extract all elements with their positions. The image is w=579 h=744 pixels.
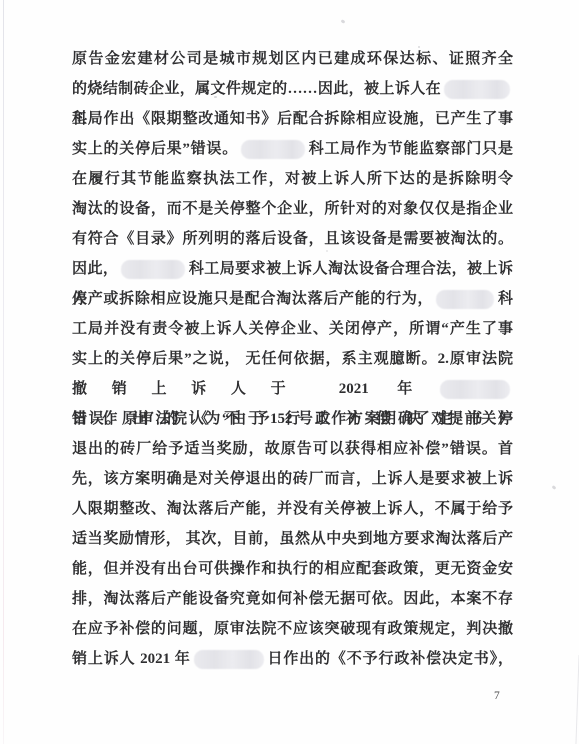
text-line: 人限期整改、淘汰落后产能，并没有关停被上诉人，不属于给予 [72,494,513,524]
text-segment: 适当奖励情形， 其次，目前，虽然从中央到地方要求淘汰落后产 [72,531,513,547]
text-line: 工局并没有责令被上诉人关停企业、关闭停产，所谓“产生了事 [72,314,513,344]
text-segment: 停产或拆除相应设施只是配合淘汰落后产能的行为， [72,291,433,307]
text-line: 淘汰的设备，而不是关停整个企业，所针对的对象仅仅是指企业 [72,194,513,224]
text-segment: 有符合《目录》所列明的落后设备，且该设备是需要被淘汰的。 [72,231,513,247]
text-segment: 的烧结制砖企业，属文件规定的……因此，被上诉人在 [72,81,441,97]
redaction-patch [194,650,264,669]
redaction-patch [440,380,510,399]
text-line: 实上的关停后果”错误。科工局作为节能监察部门只是 [72,134,513,164]
text-line: 排，淘汰落后产能设备究竟如何补偿无据可依。因此，本案不存 [72,584,513,614]
text-segment: 先，该方案明确是对关停退出的砖厂而言，上诉人是要求被上诉 [72,471,513,487]
text-line: 的烧结制砖企业，属文件规定的……因此，被上诉人在科 [72,74,513,104]
text-segment: 在履行其节能监察执法工作，对被上诉人所下达的是拆除明令 [72,171,513,187]
scanned-page: 原告金宏建材公司是城市规划区内已建成环保达标、证照齐全的烧结制砖企业，属文件规定… [0,0,579,744]
text-line: 能，但并没有出台可供操作和执行的相应配套政策，更无资金安 [72,554,513,584]
text-line: 在履行其节能监察执法工作，对被上诉人所下达的是拆除明令 [72,164,513,194]
scan-edge-line-right [575,655,579,744]
text-line: 销上诉人 2021 年日作出的《不予行政补偿决定书》， [72,644,513,674]
text-segment: 工局作出《限期整改通知书》后配合拆除相应设施，已产生了事 [72,111,513,127]
text-line: 工局作出《限期整改通知书》后配合拆除相应设施，已产生了事 [72,104,513,134]
text-line: 实上的关停后果”之说， 无任何依据，系主观臆断。2.原审法院 [72,344,513,374]
text-line: 错误。原审法院认为“由于 152 号工作方案明确了对提前关停 [72,404,513,434]
text-segment: 人限期整改、淘汰落后产能，并没有关停被上诉人，不属于给予 [72,501,513,517]
redaction-patch [241,140,305,159]
text-segment: 日作出的《不予行政补偿决定书》， [267,651,513,667]
text-segment: 能，但并没有出台可供操作和执行的相应配套政策，更无资金安 [72,561,513,577]
text-segment: 因此， [72,261,118,277]
text-segment: 实上的关停后果”错误。 [72,141,238,157]
text-segment: 实上的关停后果”之说， 无任何依据，系主观臆断。2.原审法院 [72,351,513,367]
text-segment: 错误。原审法院认为“由于 152 号工作方案明确了对提前关停 [72,411,513,427]
scan-speck [552,485,557,490]
text-segment: 在应予补偿的问题，原审法院不应该突破现有政策规定，判决撤 [72,621,513,637]
text-segment: 排，淘汰落后产能设备究竟如何补偿无据可依。因此，本案不存 [72,591,513,607]
text-segment: 撤销上诉人于 2021 年 [72,381,437,397]
text-line: 有符合《目录》所列明的落后设备，且该设备是需要被淘汰的。 [72,224,513,254]
text-line: 原告金宏建材公司是城市规划区内已建成环保达标、证照齐全 [72,44,513,74]
text-line: 先，该方案明确是对关停退出的砖厂而言，上诉人是要求被上诉 [72,464,513,494]
scan-edge-line-left [3,0,4,744]
redaction-patch [436,290,494,309]
redaction-patch [444,80,510,99]
text-line: 撤销上诉人于 2021 年日作出的《不予行政补偿决定书》 [72,374,513,404]
document-body: 原告金宏建材公司是城市规划区内已建成环保达标、证照齐全的烧结制砖企业，属文件规定… [72,44,513,674]
text-line: 退出的砖厂给予适当奖励，故原告可以获得相应补偿”错误。首 [72,434,513,464]
text-segment: 工局并没有责令被上诉人关停企业、关闭停产，所谓“产生了事 [72,321,513,337]
text-segment: 退出的砖厂给予适当奖励，故原告可以获得相应补偿”错误。首 [72,441,513,457]
page-number: 7 [494,690,500,702]
text-segment: 科工局作为节能监察部门只是 [308,141,513,157]
text-segment: 科 [497,291,513,307]
text-line: 在应予补偿的问题，原审法院不应该突破现有政策规定，判决撤 [72,614,513,644]
text-segment: 原告金宏建材公司是城市规划区内已建成环保达标、证照齐全 [72,51,513,67]
text-line: 适当奖励情形， 其次，目前，虽然从中央到地方要求淘汰落后产 [72,524,513,554]
text-segment: 销上诉人 2021 年 [72,651,191,667]
scan-speck [341,19,346,24]
text-line: 停产或拆除相应设施只是配合淘汰落后产能的行为，科 [72,284,513,314]
text-line: 因此，科工局要求被上诉人淘汰设备合理合法，被上诉人 [72,254,513,284]
text-segment: 淘汰的设备，而不是关停整个企业，所针对的对象仅仅是指企业 [72,201,513,217]
redaction-patch [121,260,185,279]
